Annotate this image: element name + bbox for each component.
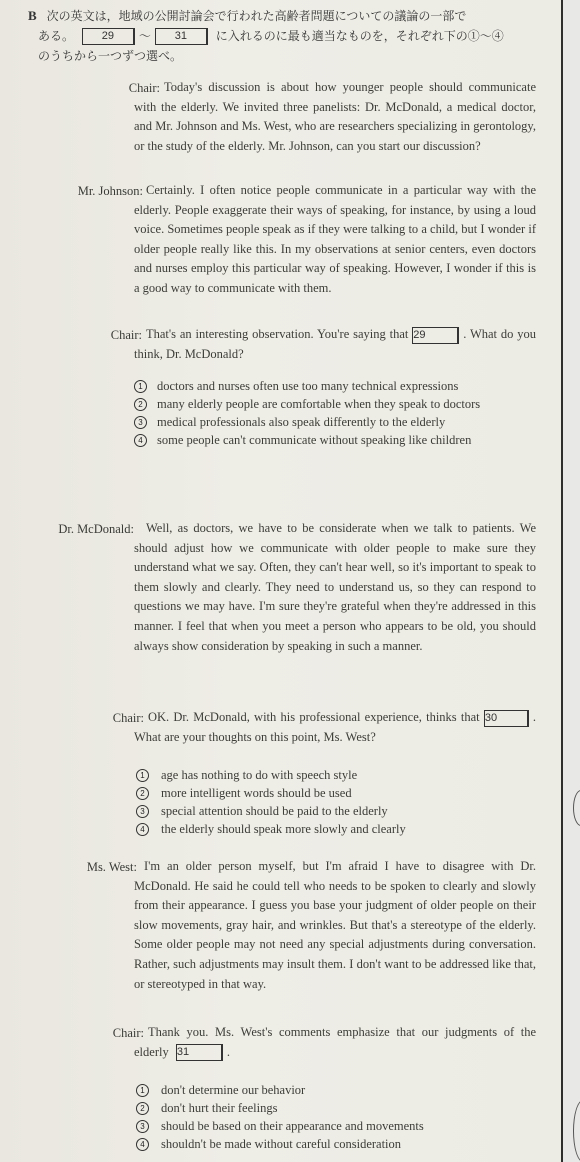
circled-number-icon: 4 — [136, 1138, 149, 1151]
dialogue-text: Well, as doctors, we have to be consider… — [134, 519, 536, 656]
circled-number-icon: 4 — [136, 823, 149, 836]
option-item[interactable]: 4shouldn't be made without careful consi… — [136, 1135, 540, 1153]
option-text: shouldn't be made without careful consid… — [161, 1137, 401, 1151]
option-item[interactable]: 1don't determine our behavior — [136, 1081, 540, 1099]
exam-page: B次の英文は，地域の公開討論会で行われた高齢者問題についての議論の一部で ある。… — [0, 0, 580, 1162]
option-item[interactable]: 2don't hurt their feelings — [136, 1099, 540, 1117]
section-instructions: B次の英文は，地域の公開討論会で行われた高齢者問題についての議論の一部で ある。… — [28, 6, 548, 66]
option-text: special attention should be paid to the … — [161, 804, 388, 818]
instruction-text: に入れるのに最も適当なものを，それぞれ下の①～④ — [216, 29, 504, 43]
option-text: some people can't communicate without sp… — [157, 433, 471, 447]
answer-blank-30: 30 — [484, 710, 529, 727]
option-item[interactable]: 3should be based on their appearance and… — [136, 1117, 540, 1135]
option-text: many elderly people are comfortable when… — [157, 397, 480, 411]
option-text: don't determine our behavior — [161, 1083, 305, 1097]
option-text: should be based on their appearance and … — [161, 1119, 424, 1133]
instruction-tilde: ～ — [139, 29, 151, 43]
dialogue-text: OK. Dr. McDonald, with his professional … — [134, 708, 536, 747]
circled-number-icon: 1 — [136, 769, 149, 782]
option-text: doctors and nurses often use too many te… — [157, 379, 458, 393]
circled-number-icon: 2 — [134, 398, 147, 411]
option-item[interactable]: 2more intelligent words should be used — [136, 784, 540, 802]
page-margin-strip — [563, 0, 580, 1162]
answer-blank-31: 31 — [176, 1044, 223, 1061]
dialogue-text: Thank you. Ms. West's comments emphasize… — [134, 1023, 536, 1062]
circled-number-icon: 2 — [136, 787, 149, 800]
speaker-label: Dr. McDonald: — [20, 519, 134, 539]
speaker-label: Mr. Johnson: — [30, 181, 143, 201]
speaker-label: Chair: — [60, 1023, 144, 1043]
options-q30: 1age has nothing to do with speech style… — [136, 766, 540, 838]
circled-number-icon: 3 — [134, 416, 147, 429]
option-item[interactable]: 1doctors and nurses often use too many t… — [134, 377, 538, 395]
option-item[interactable]: 1age has nothing to do with speech style — [136, 766, 540, 784]
option-item[interactable]: 2many elderly people are comfortable whe… — [134, 395, 538, 413]
answer-blank-box: 31 — [155, 28, 208, 45]
circled-number-icon: 3 — [136, 805, 149, 818]
option-item[interactable]: 4some people can't communicate without s… — [134, 431, 538, 449]
answer-blank-29: 29 — [412, 327, 459, 344]
dialogue-text: That's an interesting observation. You'r… — [134, 325, 536, 364]
dialogue-text-after: . — [227, 1045, 230, 1059]
option-item[interactable]: 3medical professionals also speak differ… — [134, 413, 538, 431]
option-item[interactable]: 3special attention should be paid to the… — [136, 802, 540, 820]
option-text: don't hurt their feelings — [161, 1101, 277, 1115]
dialogue-text: Certainly. I often notice people communi… — [134, 181, 536, 299]
section-label: B — [28, 8, 37, 23]
margin-rule — [561, 0, 563, 1162]
options-q29: 1doctors and nurses often use too many t… — [134, 377, 538, 449]
options-q31: 1don't determine our behavior 2don't hur… — [136, 1081, 540, 1153]
circled-number-icon: 3 — [136, 1120, 149, 1133]
circled-number-icon: 4 — [134, 434, 147, 447]
dialogue-text: I'm an older person myself, but I'm afra… — [134, 857, 536, 994]
option-item[interactable]: 4the elderly should speak more slowly an… — [136, 820, 540, 838]
instruction-text: のうちから一つずつ選べ。 — [38, 49, 182, 63]
option-text: more intelligent words should be used — [161, 786, 352, 800]
instruction-text: 次の英文は，地域の公開討論会で行われた高齢者問題についての議論の一部で — [47, 9, 467, 23]
option-text: age has nothing to do with speech style — [161, 768, 357, 782]
answer-blank-box: 29 — [82, 28, 135, 45]
dialogue-text-before: That's an interesting observation. You'r… — [146, 327, 408, 341]
speaker-label: Chair: — [60, 708, 144, 728]
speaker-label: Ms. West: — [40, 857, 137, 877]
instruction-text: ある。 — [38, 29, 74, 43]
option-text: medical professionals also speak differe… — [157, 415, 445, 429]
circled-number-icon: 2 — [136, 1102, 149, 1115]
speaker-label: Chair: — [60, 325, 142, 345]
circled-number-icon: 1 — [134, 380, 147, 393]
dialogue-text: Today's discussion is about how younger … — [134, 78, 536, 156]
option-text: the elderly should speak more slowly and… — [161, 822, 406, 836]
circled-number-icon: 1 — [136, 1084, 149, 1097]
dialogue-text-before: OK. Dr. McDonald, with his professional … — [148, 710, 480, 724]
